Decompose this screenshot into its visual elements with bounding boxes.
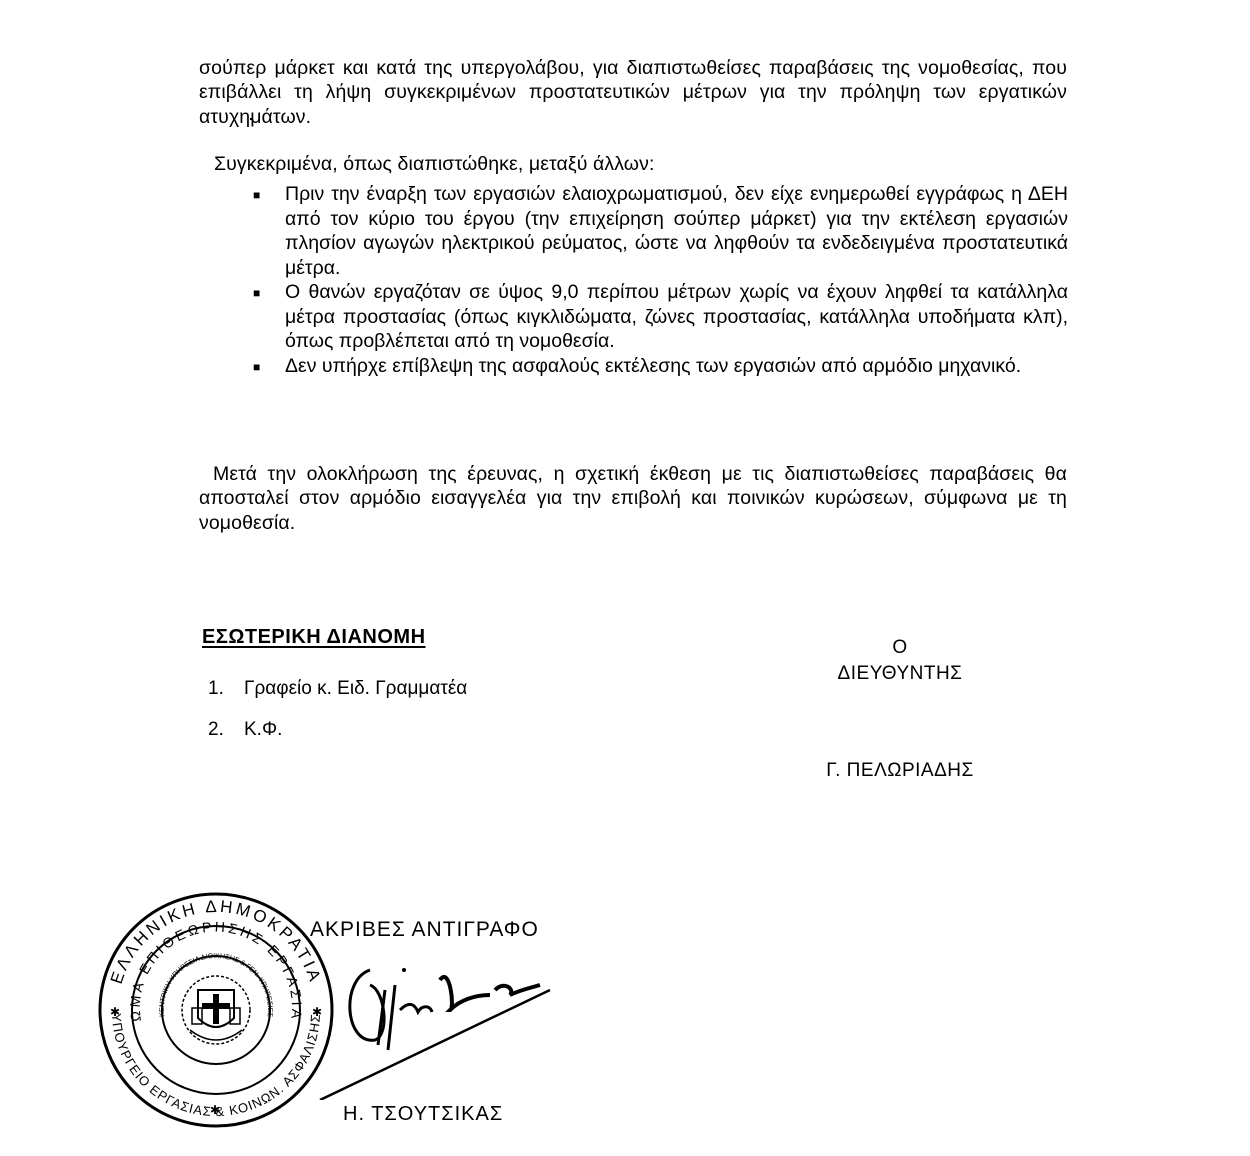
signatory-name: Γ. ΠΕΛΩΡΙΑΔΗΣ — [800, 760, 1000, 782]
bullet-icon: ■ — [253, 281, 260, 306]
finding-text: Πριν την έναρξη των εργασιών ελαιοχρωματ… — [285, 183, 1068, 279]
finding-item: ■ Πριν την έναρξη των εργασιών ελαιοχρωμ… — [248, 182, 1068, 280]
finding-item: ■ Ο θανών εργαζόταν σε ύψος 9,0 περίπου … — [248, 280, 1068, 354]
svg-text:✱: ✱ — [210, 1103, 220, 1117]
findings-lead: Συγκεκριμένα, όπως διαπιστώθηκε, μεταξύ … — [214, 152, 1064, 177]
signatory-article: Ο — [800, 635, 1000, 661]
distribution-item: 1.Γραφείο κ. Ειδ. Γραμματέα — [208, 678, 467, 719]
distribution-number: 2. — [208, 719, 244, 741]
distribution-number: 1. — [208, 678, 244, 700]
signatory-block: Ο ΔΙΕΥΘΥΝΤΗΣ — [800, 635, 1000, 687]
bullet-icon: ■ — [253, 183, 260, 208]
conclusion-paragraph: Μετά την ολοκλήρωση της έρευνας, η σχετι… — [199, 462, 1067, 536]
finding-item: ■ Δεν υπήρχε επίβλεψη της ασφαλούς εκτέλ… — [248, 354, 1068, 379]
bullet-icon: ■ — [253, 355, 260, 380]
finding-text: Ο θανών εργαζόταν σε ύψος 9,0 περίπου μέ… — [285, 281, 1068, 352]
findings-list: ■ Πριν την έναρξη των εργασιών ελαιοχρωμ… — [248, 182, 1068, 378]
distribution-title: ΕΣΩΤΕΡΙΚΗ ΔΙΑΝΟΜΗ — [202, 626, 426, 649]
stray-mark — [250, 118, 252, 120]
svg-text:✱: ✱ — [110, 1005, 120, 1019]
certifier-name: Η. ΤΣΟΥΤΣΙΚΑΣ — [343, 1103, 503, 1126]
signatory-title: ΔΙΕΥΘΥΝΤΗΣ — [800, 661, 1000, 687]
conclusion-text: Μετά την ολοκλήρωση της έρευνας, η σχετι… — [199, 463, 1067, 534]
distribution-label: Γραφείο κ. Ειδ. Γραμματέα — [244, 678, 467, 699]
intro-paragraph: σούπερ μάρκετ και κατά της υπεργολάβου, … — [199, 56, 1067, 130]
signature-icon — [300, 950, 570, 1100]
distribution-list: 1.Γραφείο κ. Ειδ. Γραμματέα 2.Κ.Φ. — [208, 678, 467, 760]
distribution-label: Κ.Φ. — [244, 719, 282, 740]
certified-copy-label: ΑΚΡΙΒΕΣ ΑΝΤΙΓΡΑΦΟ — [310, 918, 539, 942]
distribution-item: 2.Κ.Φ. — [208, 719, 467, 760]
finding-text: Δεν υπήρχε επίβλεψη της ασφαλούς εκτέλεσ… — [285, 355, 1021, 377]
